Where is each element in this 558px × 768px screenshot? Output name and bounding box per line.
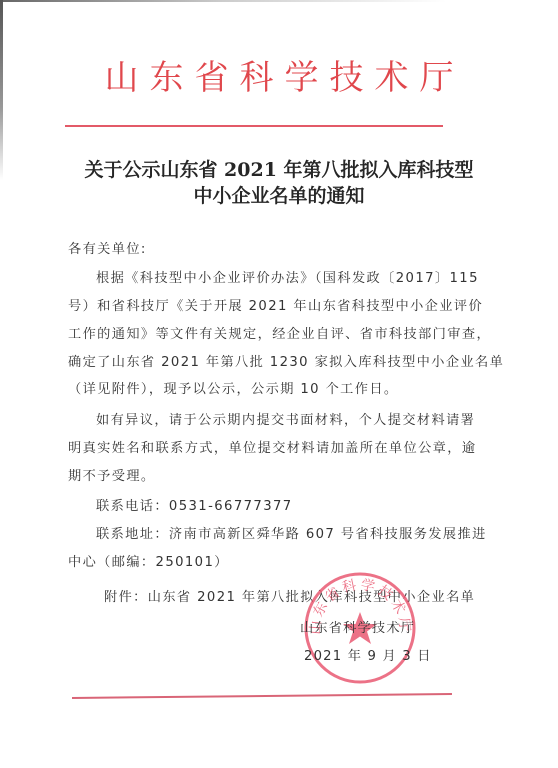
paragraph-line: 如有异议，请于公示期内提交书面材料，个人提交材料请署: [96, 409, 475, 428]
paragraph-line: 根据《科技型中小企业评价办法》（国科发政〔2017〕115: [96, 267, 479, 286]
title-line-1: 关于公示山东省 2021 年第八批拟入库科技型: [0, 157, 558, 183]
signature-date: 2021 年 9 月 3 日: [304, 645, 432, 664]
paragraph-line: （详见附件），现予以公示，公示期 10 个工作日。: [68, 378, 399, 397]
title-line-2: 中小企业名单的通知: [0, 183, 558, 209]
masthead-issuer: 山东省科学技术厅: [0, 58, 558, 98]
address-line: 中心（邮编：250101）: [68, 551, 229, 570]
address-line: 联系地址：济南市高新区舜华路 607 号省科技服务发展推进: [96, 523, 487, 542]
paragraph-line: 工作的通知》等文件有关规定，经企业自评、省市科技部门审查，: [68, 323, 491, 342]
red-footer-rule: [72, 693, 452, 699]
salutation: 各有关单位:: [68, 238, 147, 257]
red-header-rule: [65, 125, 443, 127]
paragraph-line: 确定了山东省 2021 年第八批 1230 家拟入库科技型中小企业名单: [68, 351, 504, 370]
paragraph-line: 号）和省科技厅《关于开展 2021 年山东省科技型中小企业评价: [68, 295, 483, 314]
contact-phone: 联系电话：0531-66777377: [96, 495, 293, 514]
paragraph-line: 明真实姓名和联系方式，单位提交材料请加盖所在单位公章，逾: [68, 437, 476, 456]
scan-edge-top: [0, 0, 558, 2]
paragraph-line: 期不予受理。: [68, 465, 156, 484]
signature-issuer: 山东省科学技术厅: [300, 617, 415, 636]
document-title: 关于公示山东省 2021 年第八批拟入库科技型 中小企业名单的通知: [0, 157, 558, 209]
